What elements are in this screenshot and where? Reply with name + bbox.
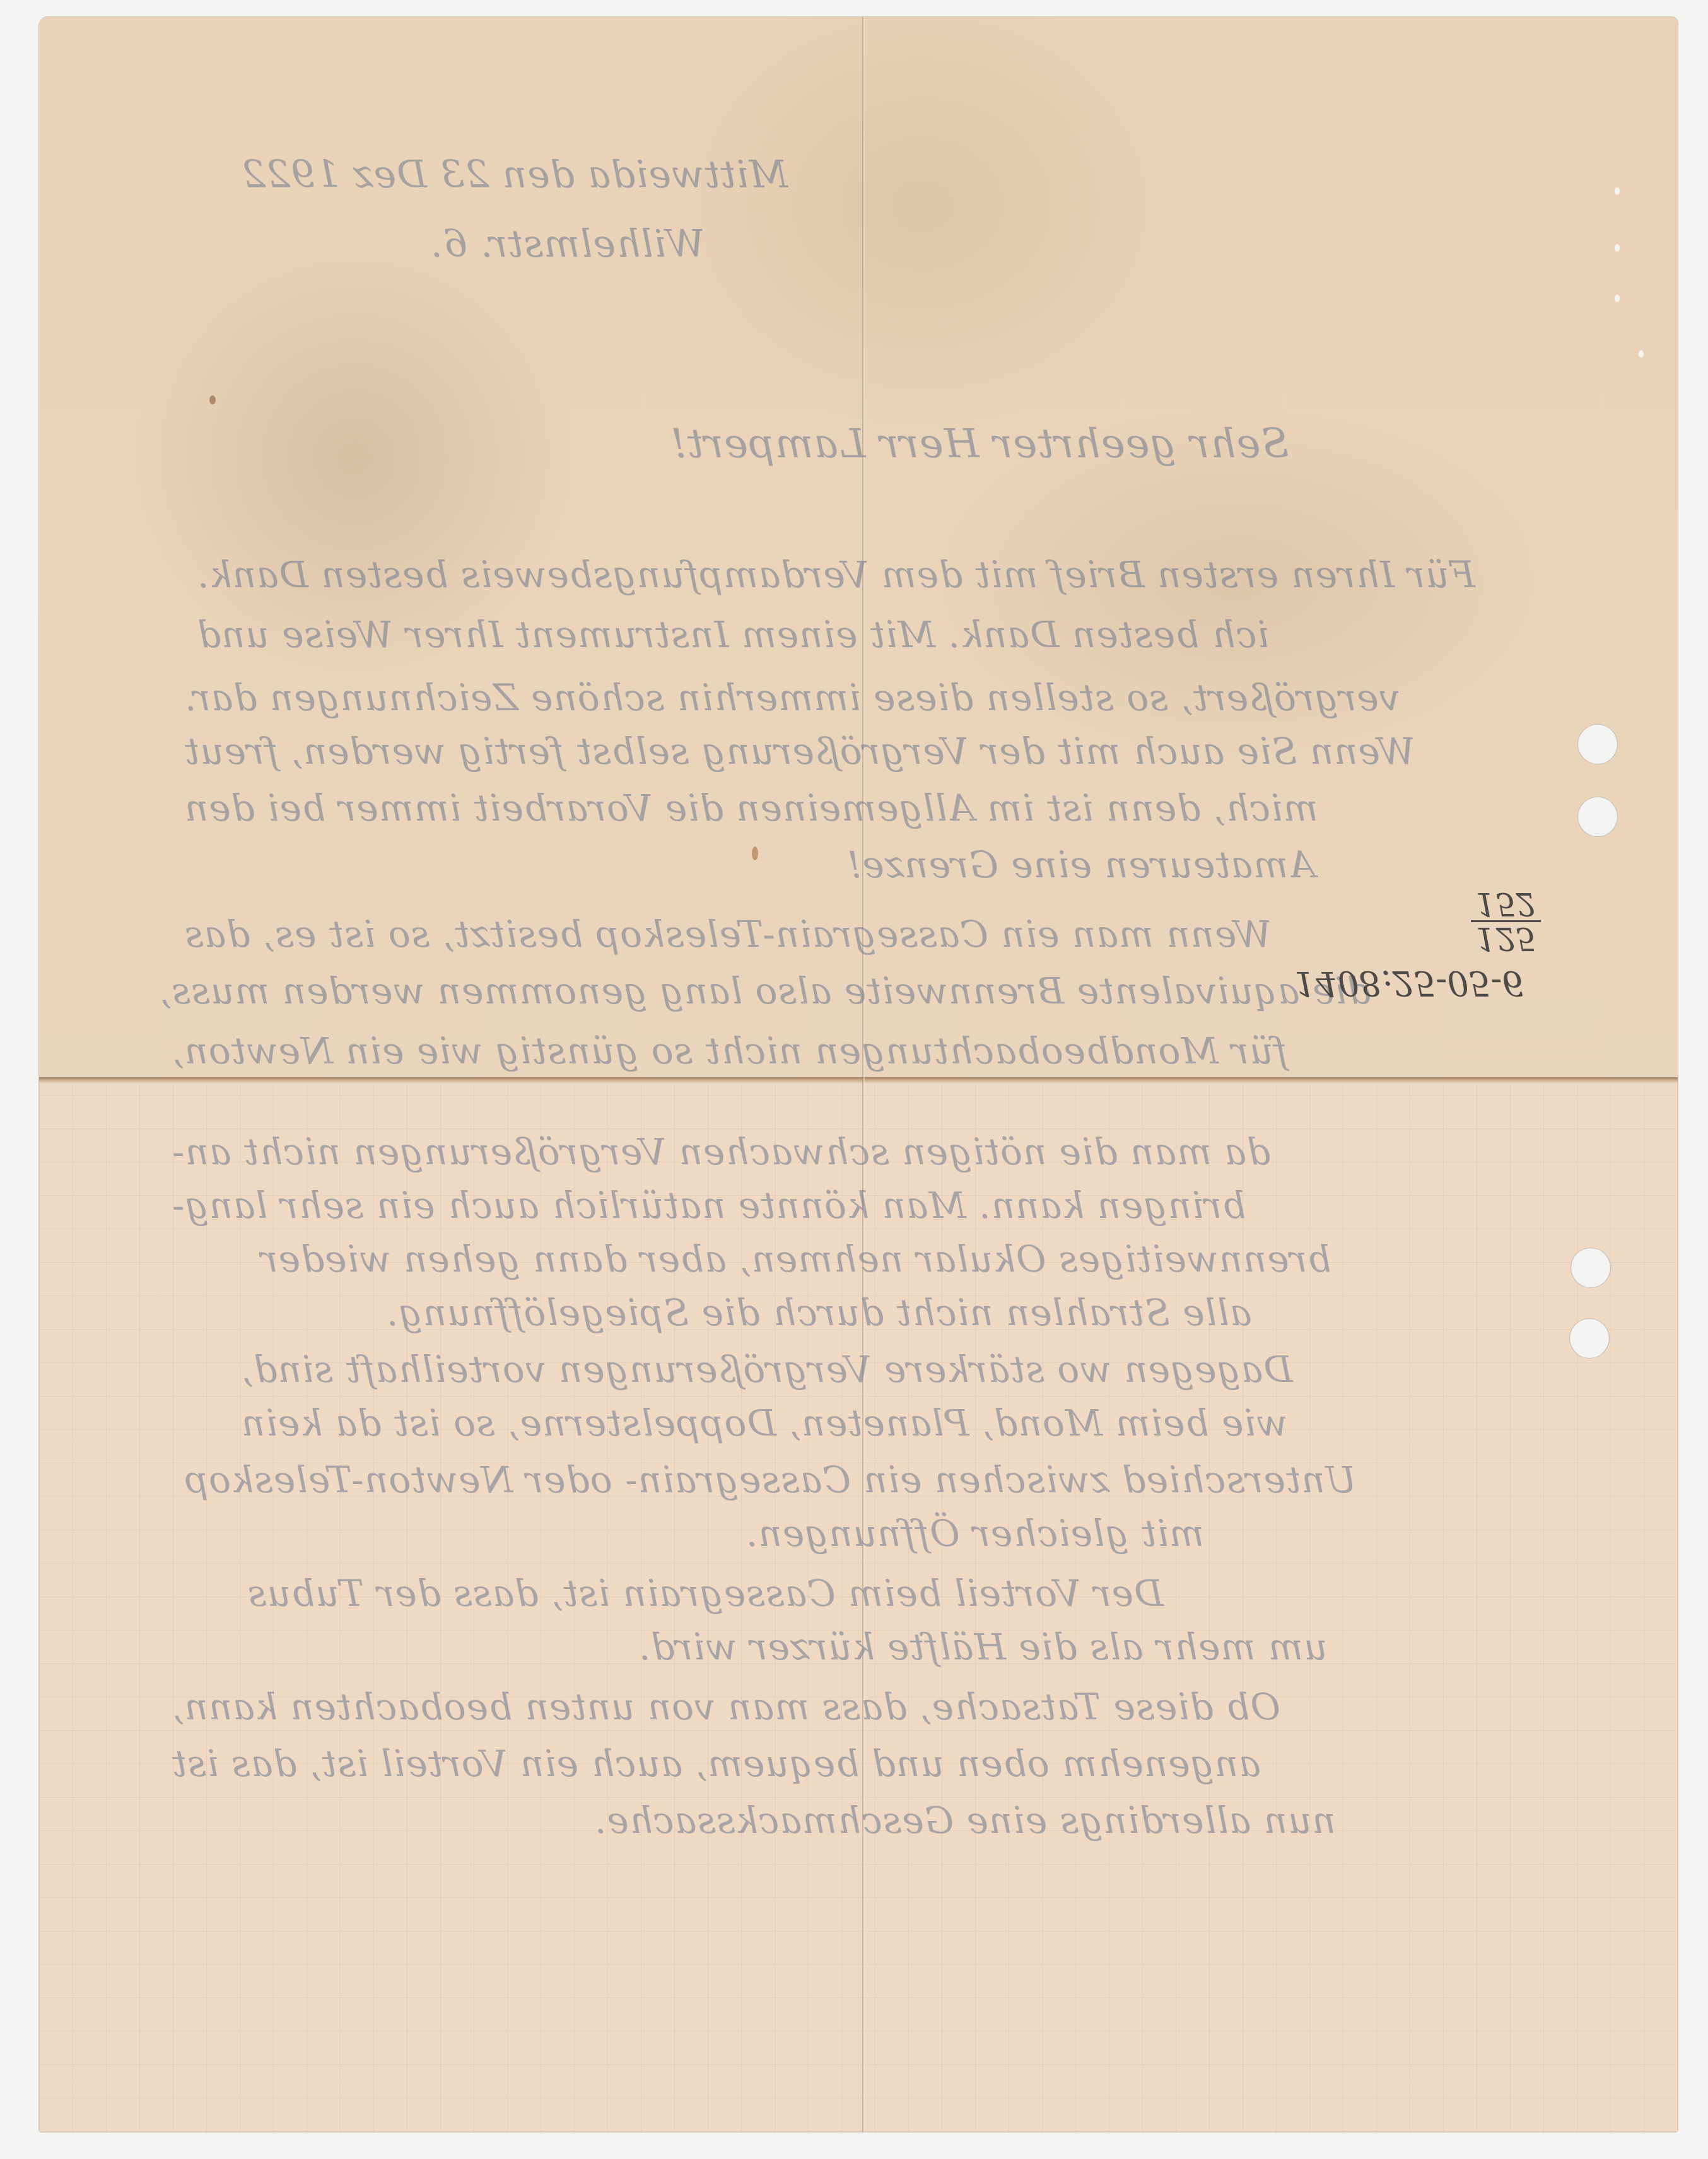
letter-line: Wenn Sie auch mit der Vergrößerung selbs… (184, 730, 1415, 773)
punch-hole-top-2 (1577, 797, 1618, 837)
letter-line: brennweitiges Okular nehmen, aber dann g… (260, 1237, 1331, 1280)
letter-line: Unterschied zwischen ein Cassegrain- ode… (184, 1458, 1357, 1501)
letter-line: Amateuren eine Grenze! (846, 843, 1315, 886)
letter-line: um mehr als die Hälfte kürzer wird. (638, 1625, 1327, 1668)
letter-line: Der Vorteil beim Cassegrain ist, dass de… (247, 1572, 1163, 1615)
fraction-denominator: 152 (1476, 886, 1536, 922)
letter-salutation: Sehr geehrter Herr Lampert! (670, 421, 1289, 467)
letter-line: vergrößert, so stellen diese immerhin sc… (184, 676, 1400, 719)
punch-hole-top-1 (1577, 724, 1618, 764)
letter-line: wie beim Mond, Planeten, Doppelsterne, s… (241, 1401, 1288, 1444)
letter-line: nun allerdings eine Geschmackssache. (594, 1799, 1336, 1842)
letter-date-line: Mittweida den 23 Dez 1922 (241, 153, 788, 197)
letter-place-line: Wilhelmstr. 6. (430, 222, 705, 266)
letter-line: Wenn man ein Cassegrain-Teleskop besitzt… (184, 913, 1272, 956)
stain (752, 846, 758, 860)
archive-fraction-note: 125 152 (1471, 887, 1541, 955)
letter-sheet: Mittweida den 23 Dez 1922 Wilhelmstr. 6.… (39, 17, 1678, 2132)
archive-reference-note: 1408:25-05-6 (1294, 963, 1524, 1003)
margin-nick (1615, 295, 1620, 302)
letter-line: Dagegen wo stärkere Vergrößerungen vorte… (241, 1348, 1293, 1391)
margin-nick (1615, 244, 1620, 252)
letter-line: ich besten Dank. Mit einem Instrument Ih… (197, 613, 1269, 656)
margin-nick (1615, 187, 1620, 195)
letter-line: bringen kann. Man könnte natürlich auch … (172, 1184, 1246, 1227)
letter-line: für Mondbeobachtungen nicht so günstig w… (172, 1029, 1287, 1072)
letter-line: alle Strahlen nicht durch die Spiegelöff… (386, 1291, 1251, 1334)
letter-line: da man die nötigen schwachen Vergrößerun… (172, 1130, 1270, 1173)
punch-hole-bottom-2 (1569, 1318, 1610, 1359)
letter-line: Für Ihren ersten Brief mit dem Verdampfu… (197, 553, 1475, 596)
letter-line: angenehm oben und bequem, auch ein Vorte… (172, 1742, 1261, 1785)
margin-nick (1639, 350, 1644, 358)
fraction-numerator: 125 (1471, 920, 1541, 955)
letter-line: mich, denn ist im Allgemeinen die Vorarb… (184, 787, 1318, 829)
punch-hole-bottom-1 (1571, 1248, 1611, 1288)
stain (209, 395, 216, 404)
letter-line: mit gleicher Öffnungen. (746, 1512, 1204, 1555)
horizontal-fold (39, 1077, 1678, 1084)
letter-line: die aquivalente Brennweite also lang gen… (159, 969, 1371, 1012)
letter-line: Ob diese Tatsache, dass man von unten be… (172, 1685, 1280, 1728)
